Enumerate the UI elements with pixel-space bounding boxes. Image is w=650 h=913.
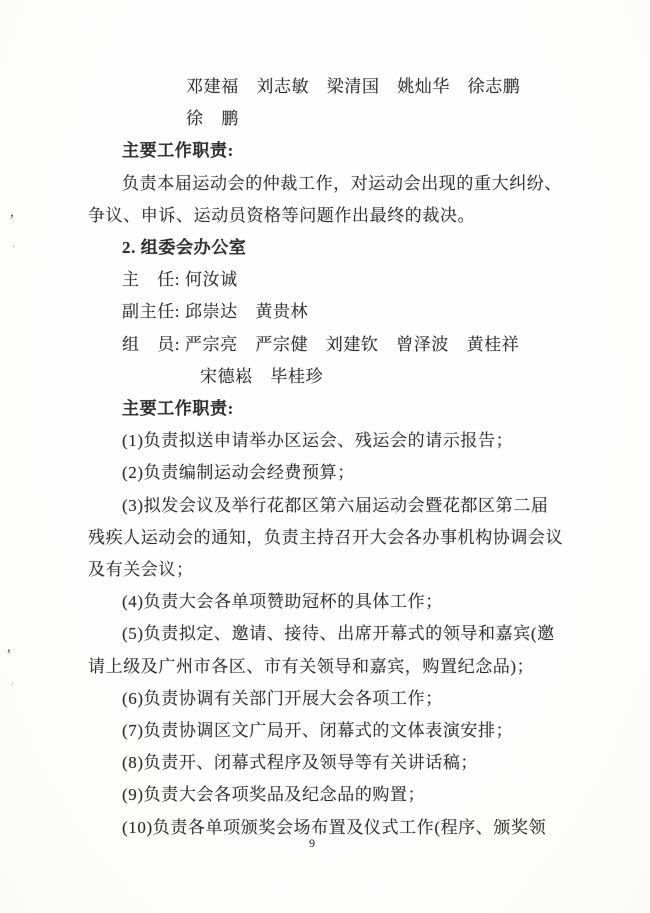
list-item-continuation: 请上级及广州市各区、市有关领导和嘉宾，购置纪念品)； bbox=[88, 651, 588, 683]
section-heading: 2. 组委会办公室 bbox=[88, 232, 588, 264]
role-members-line: 组 员: 严宗亮 严宗健 刘建钦 曾泽波 黄桂祥 bbox=[88, 329, 588, 361]
duties-heading: 主要工作职责: bbox=[88, 393, 588, 425]
scan-artifact-mark: · bbox=[12, 243, 15, 253]
list-item: (9)负责大会各项奖品及纪念品的购置； bbox=[88, 779, 588, 811]
role-director-line: 主 任: 何汝诚 bbox=[88, 264, 588, 296]
paragraph-line: 负责本届运动会的仲裁工作，对运动会出现的重大纠纷、 bbox=[88, 168, 588, 200]
list-item: (2)负责编制运动会经费预算； bbox=[88, 457, 588, 489]
member-names-line: 邓建福 刘志敏 梁清国 姚灿华 徐志鹏 bbox=[88, 71, 588, 103]
list-item-continuation: 残疾人运动会的通知，负责主持召开大会各办事机构协调会议 bbox=[88, 522, 588, 554]
role-members-line: 宋德崧 毕桂珍 bbox=[88, 361, 588, 393]
list-item: (3)拟发会议及举行花都区第六届运动会暨花都区第二届 bbox=[88, 490, 588, 522]
page-number: 9 bbox=[0, 836, 624, 851]
duties-heading: 主要工作职责: bbox=[88, 135, 588, 167]
list-item: (1)负责拟送申请举办区运会、残运会的请示报告； bbox=[88, 425, 588, 457]
list-item: (4)负责大会各单项赞助冠杯的具体工作； bbox=[88, 586, 588, 618]
list-item: (8)负责开、闭幕式程序及领导等有关讲话稿； bbox=[88, 747, 588, 779]
scanned-document-page: 邓建福 刘志敏 梁清国 姚灿华 徐志鹏 徐 鹏 主要工作职责: 负责本届运动会的… bbox=[0, 0, 650, 913]
document-body: 邓建福 刘志敏 梁清国 姚灿华 徐志鹏 徐 鹏 主要工作职责: 负责本届运动会的… bbox=[88, 71, 588, 844]
member-names-line: 徐 鹏 bbox=[88, 103, 588, 135]
list-item-continuation: 及有关会议； bbox=[88, 554, 588, 586]
paragraph-line: 争议、申诉、运动员资格等问题作出最终的裁决。 bbox=[88, 200, 588, 232]
scan-artifact-mark: , bbox=[7, 640, 11, 655]
list-item: (7)负责协调区文广局开、闭幕式的文体表演安排； bbox=[88, 715, 588, 747]
role-deputy-line: 副主任: 邱崇达 黄贵林 bbox=[88, 296, 588, 328]
scan-artifact-mark: · bbox=[11, 680, 14, 690]
list-item: (5)负责拟定、邀请、接待、出席开幕式的领导和嘉宾(邀 bbox=[88, 618, 588, 650]
scan-artifact-mark: , bbox=[10, 205, 14, 220]
list-item: (6)负责协调有关部门开展大会各项工作； bbox=[88, 683, 588, 715]
